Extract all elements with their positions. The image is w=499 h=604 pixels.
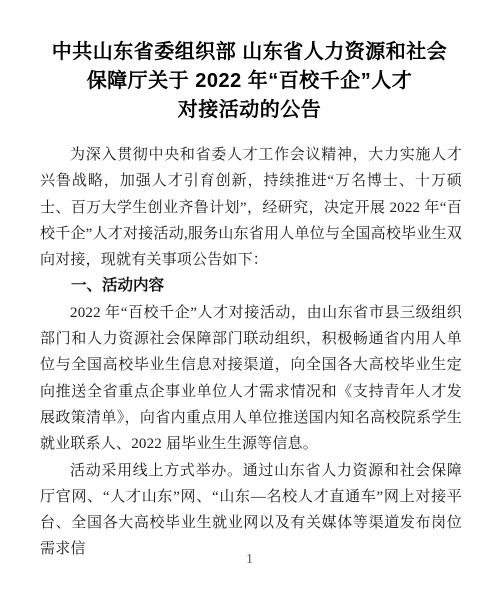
title-line-2: 保障厅关于 2022 年“百校千企”人才 <box>0 67 499 96</box>
section-paragraph-2: 活动采用线上方式举办。通过山东省人力资源和社会保障厅官网、“人才山东”网、“山东… <box>40 458 462 563</box>
page-footer: 1 <box>0 550 499 568</box>
page-number: 1 <box>246 552 253 567</box>
document-body: 为深入贯彻中央和省委人才工作会议精神，大力实施人才兴鲁战略，加强人才引育创新，持… <box>40 142 462 563</box>
title-line-1: 中共山东省委组织部 山东省人力资源和社会 <box>0 38 499 67</box>
document-page: 中共山东省委组织部 山东省人力资源和社会 保障厅关于 2022 年“百校千企”人… <box>0 0 499 604</box>
intro-paragraph: 为深入贯彻中央和省委人才工作会议精神，大力实施人才兴鲁战略，加强人才引育创新，持… <box>40 142 462 273</box>
title-line-3: 对接活动的公告 <box>0 96 499 125</box>
section-paragraph-1: 2022 年“百校千企”人才对接活动，由山东省市县三级组织部门和人力资源社会保障… <box>40 300 462 458</box>
document-title: 中共山东省委组织部 山东省人力资源和社会 保障厅关于 2022 年“百校千企”人… <box>0 38 499 125</box>
section-heading-activity-content: 一、活动内容 <box>40 273 462 299</box>
